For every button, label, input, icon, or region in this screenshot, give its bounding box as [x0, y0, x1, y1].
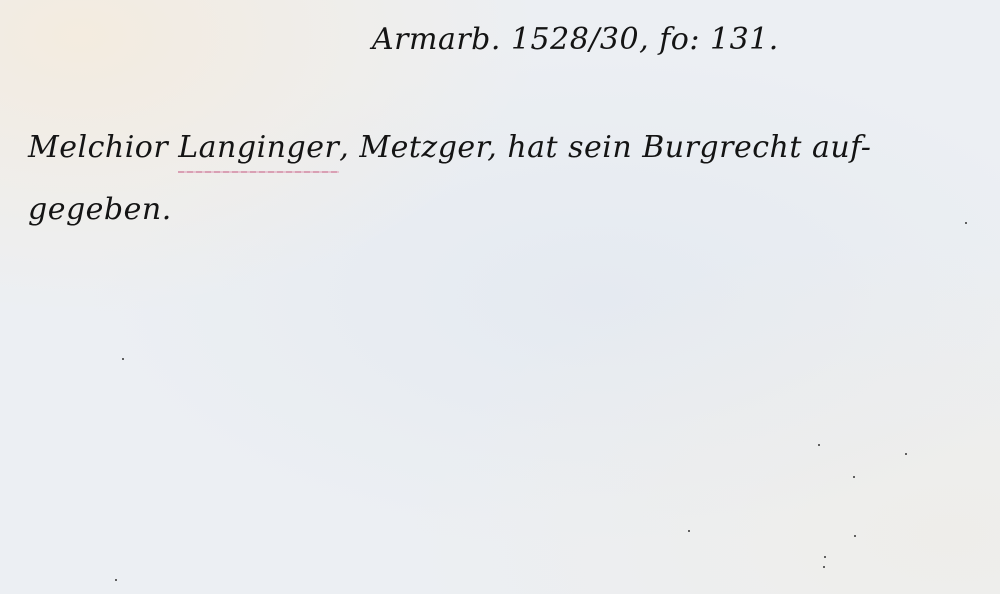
paper-speck [115, 579, 117, 581]
paper-speck [965, 222, 967, 224]
reference-years: 1528/30 [511, 22, 639, 57]
paper-speck [854, 535, 856, 537]
first-name: Melchior [28, 130, 168, 165]
paper-speck [905, 453, 907, 455]
paper-speck [823, 566, 825, 568]
paper-speck [853, 476, 855, 478]
archive-abbreviation: Armarb. [372, 22, 501, 57]
folio-number: fo: 131. [659, 22, 779, 57]
paper-speck [688, 530, 690, 532]
entry-text-continued: gegeben. [28, 192, 172, 227]
entry-text: hat sein Burgrecht auf- [507, 130, 871, 165]
archive-index-card: Armarb. 1528/30, fo: 131. Melchior Langi… [0, 0, 1000, 594]
paper-speck [824, 556, 826, 558]
surname-underlined: Langinger [178, 130, 339, 165]
occupation: Metzger [359, 130, 487, 165]
paper-speck [818, 444, 820, 446]
entry-line-2: gegeben. [28, 192, 172, 227]
archival-reference: Armarb. 1528/30, fo: 131. [372, 22, 779, 57]
entry-line-1: Melchior Langinger, Metzger, hat sein Bu… [28, 130, 871, 165]
paper-speck [122, 358, 124, 360]
